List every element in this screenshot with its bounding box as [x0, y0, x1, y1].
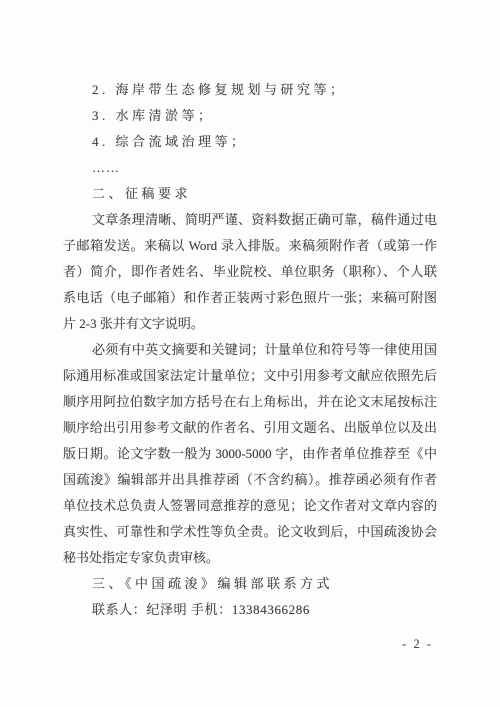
paragraph1-line: 者）简介，即作者姓名、毕业院校、单位职务（职称）、个人联	[63, 259, 437, 285]
paragraph2-line: 顺序给出引用参考文献的作者名、引用文题名、出版单位以及出	[63, 415, 437, 441]
document-body: 2. 海岸带生态修复规划与研究等； 3. 水库清淤等； 4. 综合流域治理等； …	[63, 77, 437, 623]
paragraph2-line: 际通用标准或国家法定计量单位；文中引用参考文献应依照先后	[63, 363, 437, 389]
paragraph1-line: 系电话（电子邮箱）和作者正装两寸彩色照片一张；来稿可附图	[63, 285, 437, 311]
paragraph2-line: 顺序用阿拉伯数字加方括号在右上角标出，并在论文末尾按标注	[63, 389, 437, 415]
contact-person-line: 联系人：纪泽明 手机：13384366286	[63, 597, 437, 623]
list-item-4: 4. 综合流域治理等；	[63, 129, 437, 155]
paragraph1-line: 子邮箱发送。来稿以 Word 录入排版。来稿须附作者（或第一作	[63, 233, 437, 259]
section-heading-requirements: 二、征稿要求	[63, 181, 437, 207]
list-item-2: 2. 海岸带生态修复规划与研究等；	[63, 77, 437, 103]
document-page: 2. 海岸带生态修复规划与研究等； 3. 水库清淤等； 4. 综合流域治理等； …	[0, 0, 500, 707]
paragraph2-line: 秘书处指定专家负责审核。	[63, 545, 437, 571]
section-heading-contact: 三、《中国疏浚》编辑部联系方式	[63, 571, 437, 597]
list-item-3: 3. 水库清淤等；	[63, 103, 437, 129]
paragraph2-line: 单位技术总负责人签署同意推荐的意见；论文作者对文章内容的	[63, 493, 437, 519]
paragraph2-line: 国疏浚》编辑部并出具推荐函（不含约稿）。推荐函必须有作者	[63, 467, 437, 493]
page-number: - 2 -	[402, 637, 433, 652]
paragraph1-line: 文章条理清晰、简明严谨、资料数据正确可靠，稿件通过电	[63, 207, 437, 233]
ellipsis-line: ……	[63, 155, 437, 181]
paragraph2-line: 真实性、可靠性和学术性等负全责。论文收到后，中国疏浚协会	[63, 519, 437, 545]
paragraph1-line: 片 2-3 张并有文字说明。	[63, 311, 437, 337]
paragraph2-line: 必须有中英文摘要和关键词；计量单位和符号等一律使用国	[63, 337, 437, 363]
paragraph2-line: 版日期。论文字数一般为 3000-5000 字，由作者单位推荐至《中	[63, 441, 437, 467]
